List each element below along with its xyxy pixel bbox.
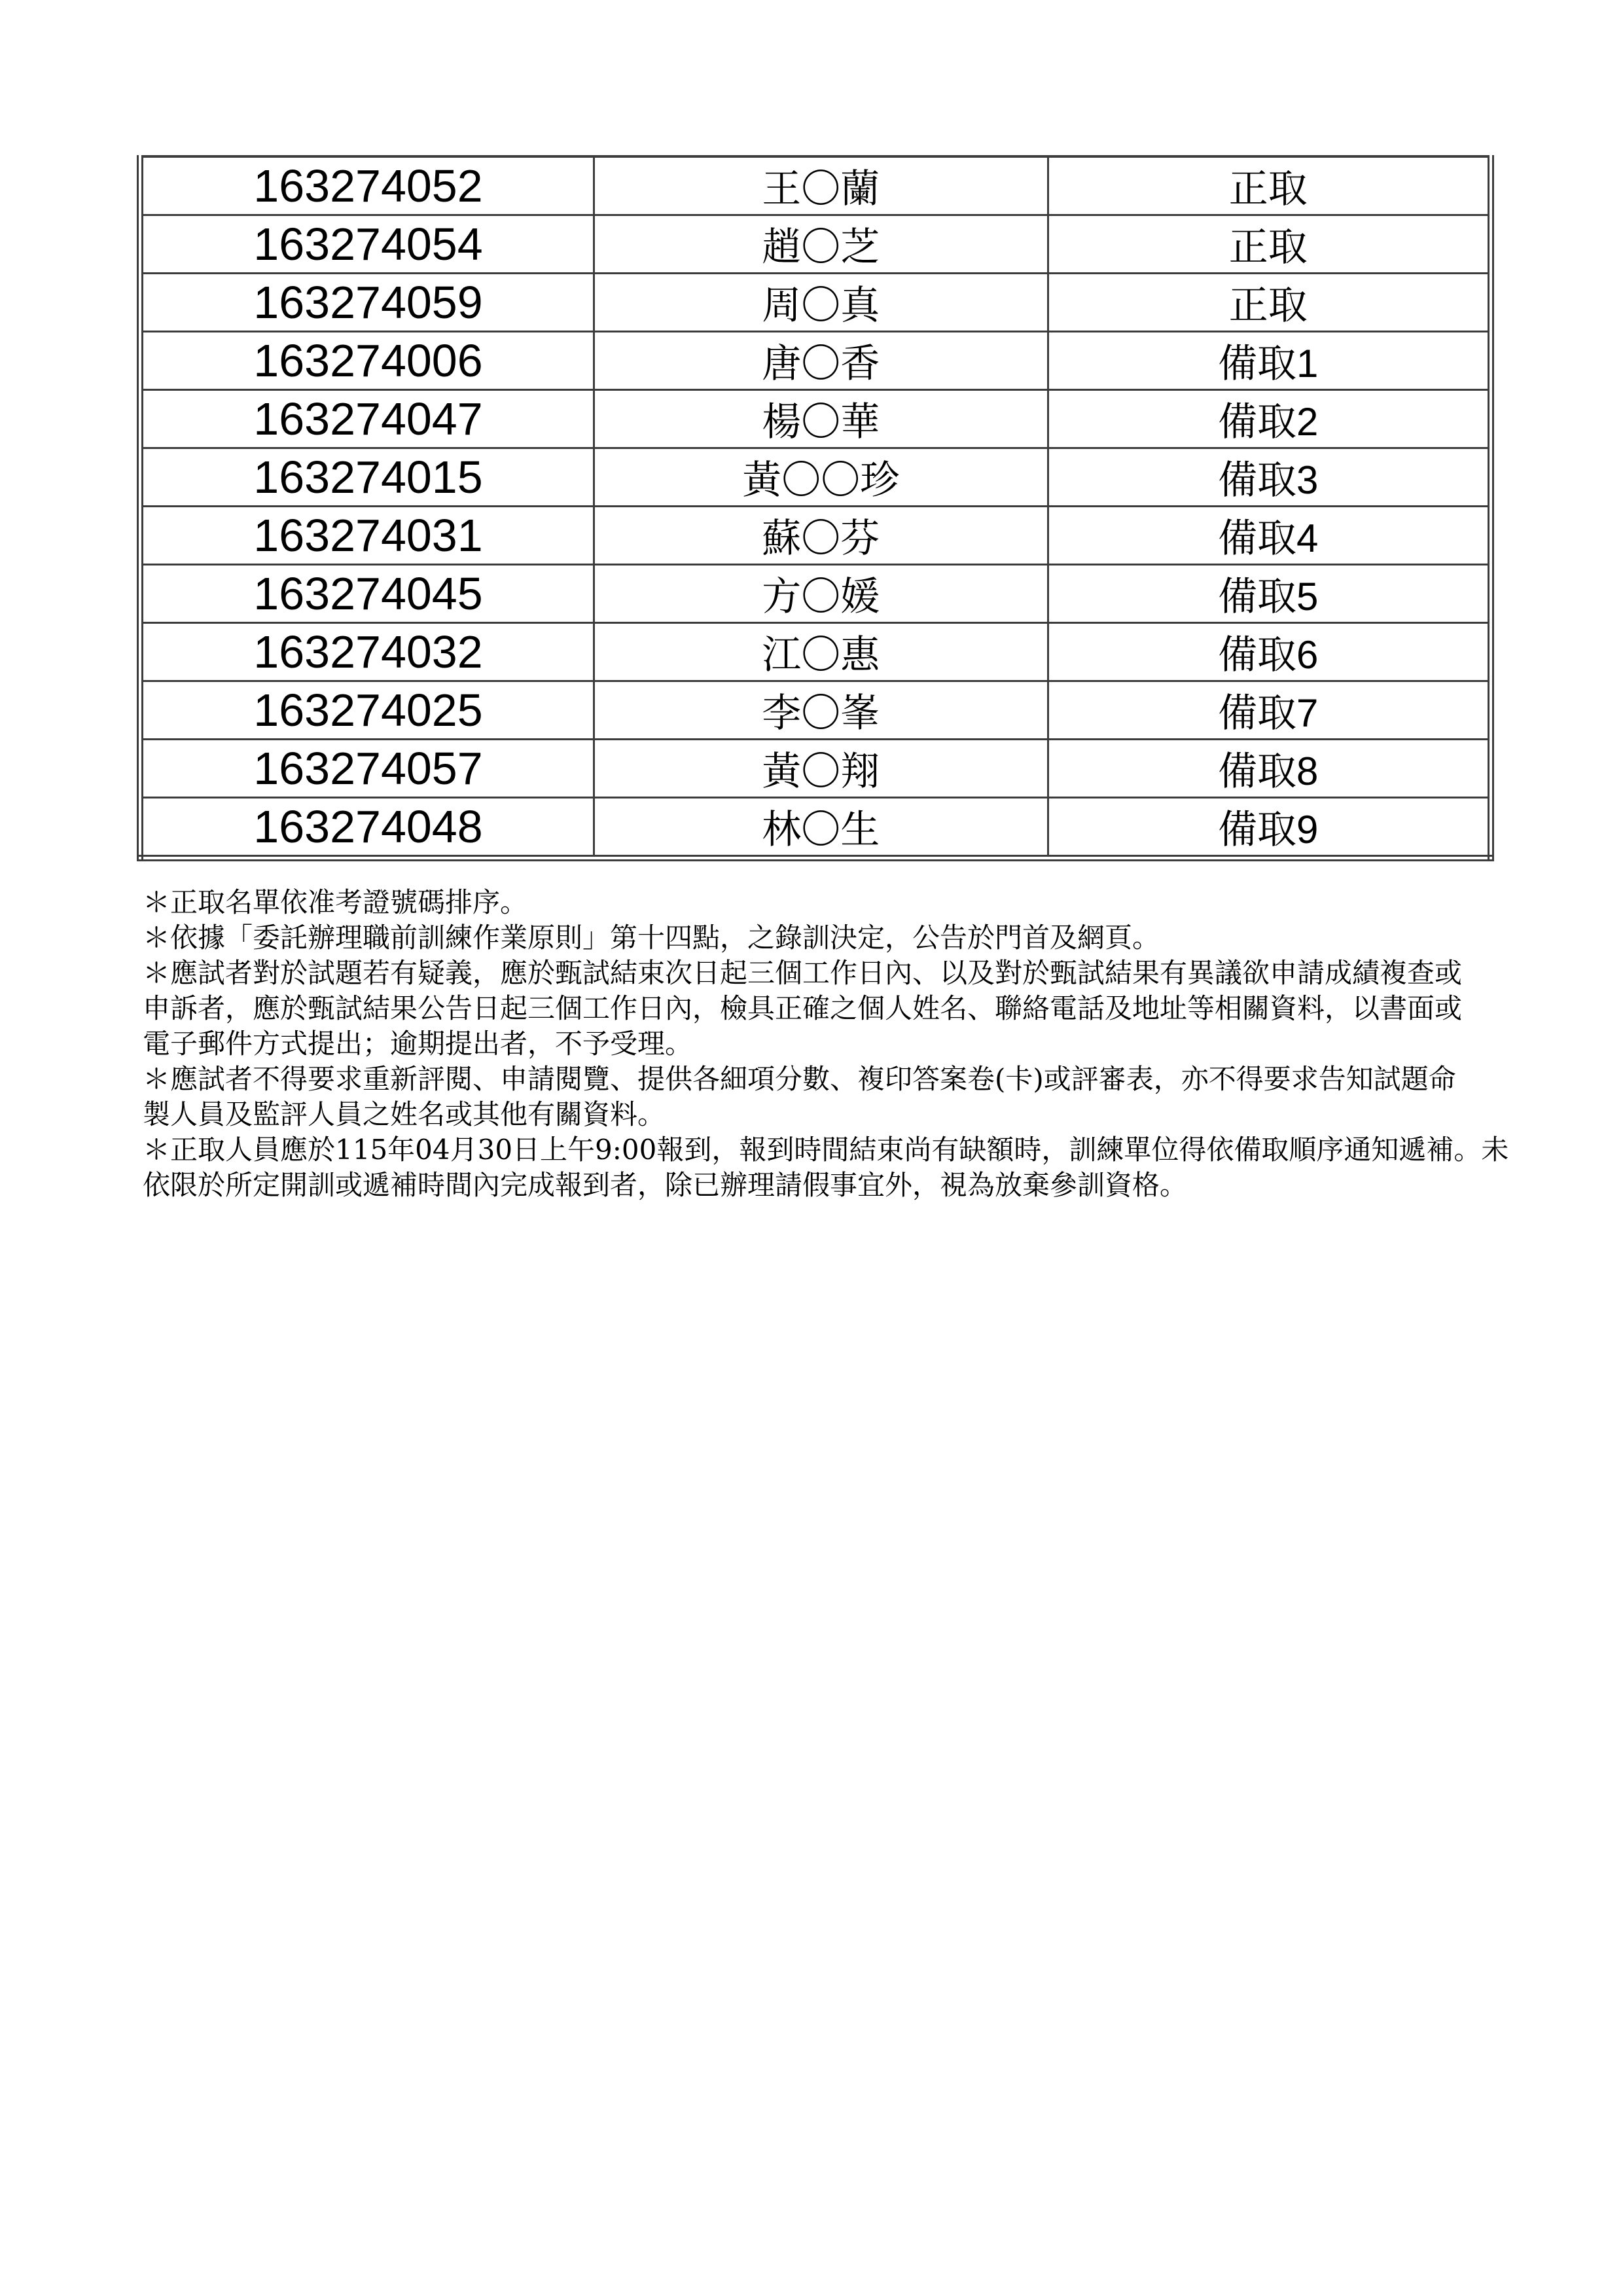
candidate-name-cell: 王〇蘭 <box>594 156 1048 215</box>
result-status-cell: 正取 <box>1048 215 1491 274</box>
candidate-id-cell: 163274045 <box>140 565 594 623</box>
results-table: 163274052王〇蘭正取163274054趙〇芝正取163274059周〇真… <box>137 155 1494 861</box>
note-line: ＊應試者不得要求重新評閱、申請閱覽、提供各細項分數、複印答案卷(卡)或評審表，亦… <box>143 1062 1497 1097</box>
candidate-name-cell: 林〇生 <box>594 798 1048 859</box>
table-row: 163274045方〇媛備取5 <box>140 565 1491 623</box>
result-status-cell: 正取 <box>1048 156 1491 215</box>
table-row: 163274032江〇惠備取6 <box>140 623 1491 681</box>
candidate-name-cell: 蘇〇芬 <box>594 507 1048 565</box>
candidate-id-cell: 163274059 <box>140 274 594 332</box>
candidate-id-cell: 163274047 <box>140 390 594 448</box>
candidate-name-cell: 唐〇香 <box>594 332 1048 390</box>
table-row: 163274025李〇峯備取7 <box>140 681 1491 740</box>
candidate-id-cell: 163274032 <box>140 623 594 681</box>
note-line: 申訴者，應於甄試結果公告日起三個工作日內，檢具正確之個人姓名、聯絡電話及地址等相… <box>143 991 1497 1026</box>
document-page: 163274052王〇蘭正取163274054趙〇芝正取163274059周〇真… <box>0 0 1623 2296</box>
table-row: 163274059周〇真正取 <box>140 274 1491 332</box>
candidate-name-cell: 黃〇〇珍 <box>594 448 1048 507</box>
candidate-id-cell: 163274015 <box>140 448 594 507</box>
candidate-id-cell: 163274057 <box>140 740 594 798</box>
note-line: 依限於所定開訓或遞補時間內完成報到者，除已辦理請假事宜外，視為放棄參訓資格。 <box>143 1168 1497 1203</box>
candidate-id-cell: 163274054 <box>140 215 594 274</box>
candidate-id-cell: 163274048 <box>140 798 594 859</box>
result-status-cell: 備取5 <box>1048 565 1491 623</box>
candidate-id-cell: 163274025 <box>140 681 594 740</box>
notes: ＊正取名單依准考證號碼排序。＊依據「委託辦理職前訓練作業原則」第十四點，之錄訓決… <box>143 885 1497 1203</box>
candidate-name-cell: 周〇真 <box>594 274 1048 332</box>
table-row: 163274052王〇蘭正取 <box>140 156 1491 215</box>
candidate-id-cell: 163274006 <box>140 332 594 390</box>
note-line: ＊正取人員應於115年04月30日上午9:00報到，報到時間結束尚有缺額時，訓練… <box>143 1132 1497 1168</box>
note-line: ＊依據「委託辦理職前訓練作業原則」第十四點，之錄訓決定，公告於門首及網頁。 <box>143 920 1497 956</box>
results-table-body: 163274052王〇蘭正取163274054趙〇芝正取163274059周〇真… <box>140 156 1491 858</box>
candidate-id-cell: 163274052 <box>140 156 594 215</box>
table-row: 163274015黃〇〇珍備取3 <box>140 448 1491 507</box>
result-status-cell: 備取6 <box>1048 623 1491 681</box>
table-row: 163274047楊〇華備取2 <box>140 390 1491 448</box>
table-row: 163274031蘇〇芬備取4 <box>140 507 1491 565</box>
table-row: 163274048林〇生備取9 <box>140 798 1491 859</box>
candidate-name-cell: 江〇惠 <box>594 623 1048 681</box>
candidate-id-cell: 163274031 <box>140 507 594 565</box>
result-status-cell: 備取4 <box>1048 507 1491 565</box>
candidate-name-cell: 李〇峯 <box>594 681 1048 740</box>
candidate-name-cell: 方〇媛 <box>594 565 1048 623</box>
result-status-cell: 備取7 <box>1048 681 1491 740</box>
result-status-cell: 備取9 <box>1048 798 1491 859</box>
table-row: 163274054趙〇芝正取 <box>140 215 1491 274</box>
table-row: 163274057黃〇翔備取8 <box>140 740 1491 798</box>
note-line: ＊正取名單依准考證號碼排序。 <box>143 885 1497 920</box>
candidate-name-cell: 趙〇芝 <box>594 215 1048 274</box>
note-line: 製人員及監評人員之姓名或其他有關資料。 <box>143 1097 1497 1132</box>
result-status-cell: 備取2 <box>1048 390 1491 448</box>
table-row: 163274006唐〇香備取1 <box>140 332 1491 390</box>
result-status-cell: 備取1 <box>1048 332 1491 390</box>
note-line: 電子郵件方式提出；逾期提出者，不予受理。 <box>143 1026 1497 1062</box>
note-line: ＊應試者對於試題若有疑義，應於甄試結束次日起三個工作日內、以及對於甄試結果有異議… <box>143 956 1497 991</box>
candidate-name-cell: 黃〇翔 <box>594 740 1048 798</box>
result-status-cell: 正取 <box>1048 274 1491 332</box>
candidate-name-cell: 楊〇華 <box>594 390 1048 448</box>
result-status-cell: 備取8 <box>1048 740 1491 798</box>
result-status-cell: 備取3 <box>1048 448 1491 507</box>
